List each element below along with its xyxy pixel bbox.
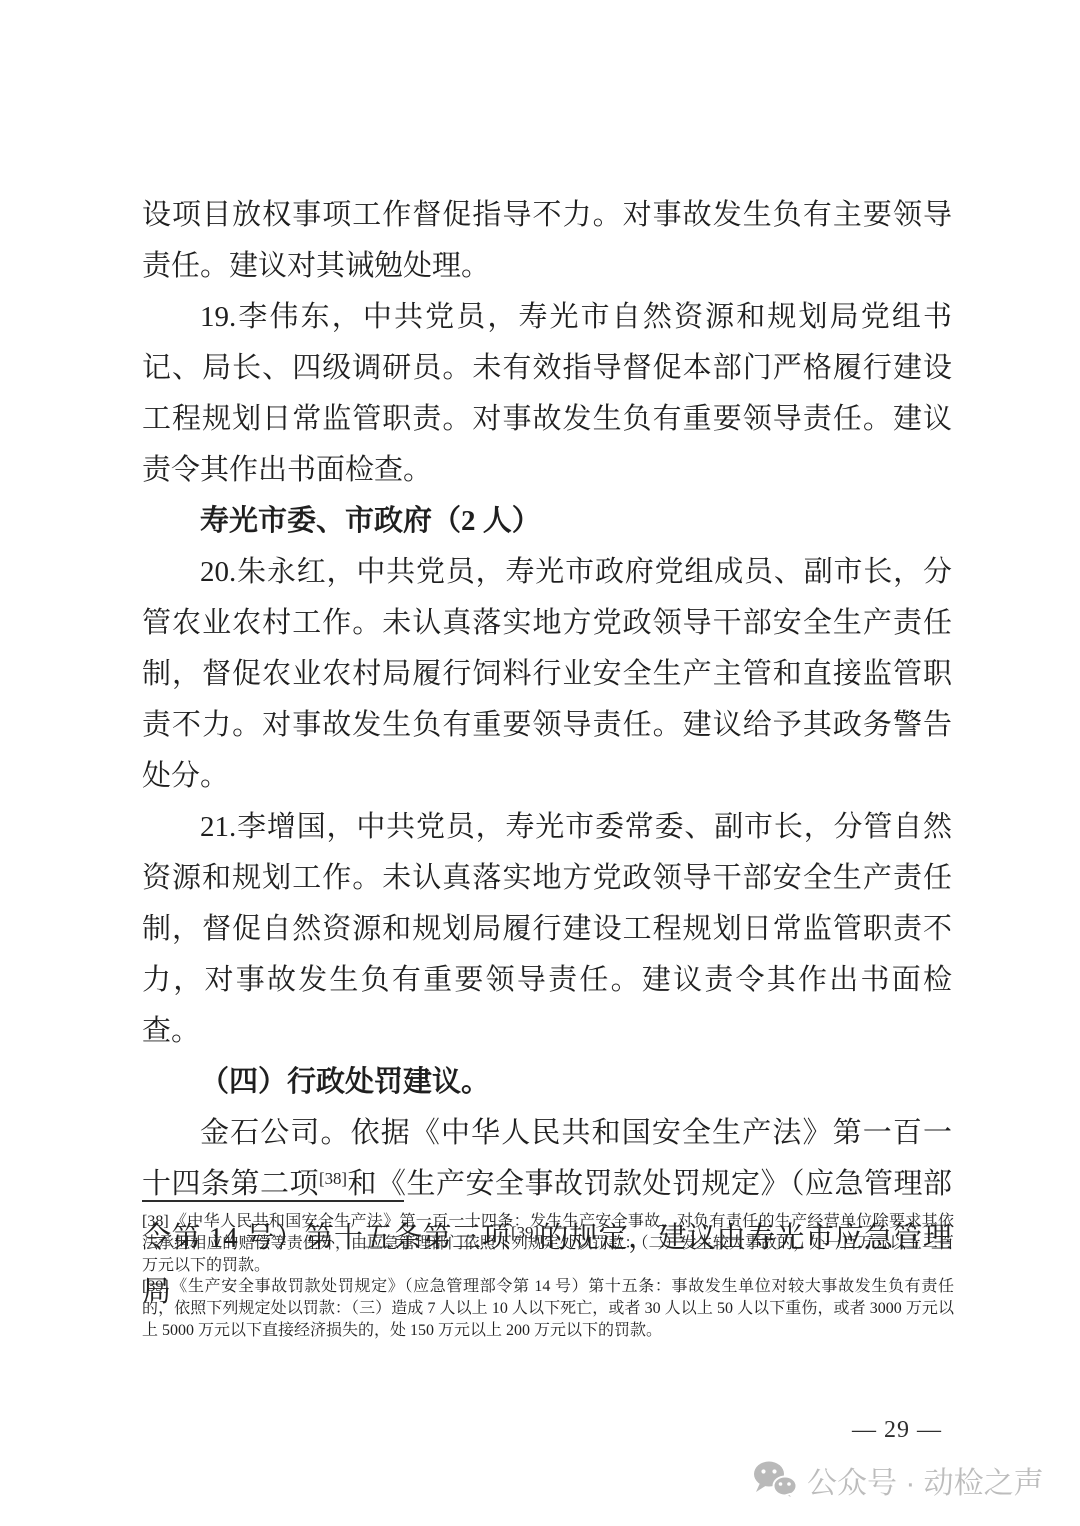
footnote-separator-rule (142, 1200, 404, 1202)
section-heading-city-government: 寿光市委、市政府（2 人） (142, 496, 952, 547)
footnote-text: 《生产安全事故罚款处罚规定》（应急管理部令第 14 号）第十五条：事故发生单位对… (142, 1278, 954, 1339)
paragraph-continuation: 设项目放权事项工作督促指导不力。对事故发生负有主要领导责任。建议对其诫勉处理。 (142, 190, 952, 292)
watermark: 公众号 · 动检之声 (752, 1458, 1044, 1502)
section-heading-administrative-penalty: （四）行政处罚建议。 (142, 1057, 952, 1108)
footnote-ref-38: [38] (319, 1169, 347, 1188)
wechat-logo-icon (752, 1460, 798, 1500)
page-number: — 29 — (845, 1417, 949, 1444)
paragraph-item-20: 20.朱永红，中共党员，寿光市政府党组成员、副市长，分管农业农村工作。未认真落实… (142, 547, 952, 802)
footnote-text: 《中华人民共和国安全生产法》第一百一十四条：发生生产安全事故，对负有责任的生产经… (142, 1213, 954, 1274)
footnote-marker: [39] (142, 1278, 169, 1295)
footnote-39: [39]《生产安全事故罚款处罚规定》（应急管理部令第 14 号）第十五条：事故发… (142, 1276, 954, 1341)
footnote-marker: [38] (142, 1213, 169, 1230)
document-page: 设项目放权事项工作督促指导不力。对事故发生负有主要领导责任。建议对其诫勉处理。 … (0, 0, 1080, 1526)
document-body: 设项目放权事项工作督促指导不力。对事故发生负有主要领导责任。建议对其诫勉处理。 … (142, 190, 952, 1318)
watermark-text: 公众号 · 动检之声 (807, 1458, 1044, 1502)
paragraph-item-19: 19.李伟东，中共党员，寿光市自然资源和规划局党组书记、局长、四级调研员。未有效… (142, 292, 952, 496)
footnote-38: [38]《中华人民共和国安全生产法》第一百一十四条：发生生产安全事故，对负有责任… (142, 1211, 954, 1276)
footnotes-section: [38]《中华人民共和国安全生产法》第一百一十四条：发生生产安全事故，对负有责任… (142, 1200, 954, 1342)
paragraph-item-21: 21.李增国，中共党员，寿光市委常委、副市长，分管自然资源和规划工作。未认真落实… (142, 802, 952, 1057)
